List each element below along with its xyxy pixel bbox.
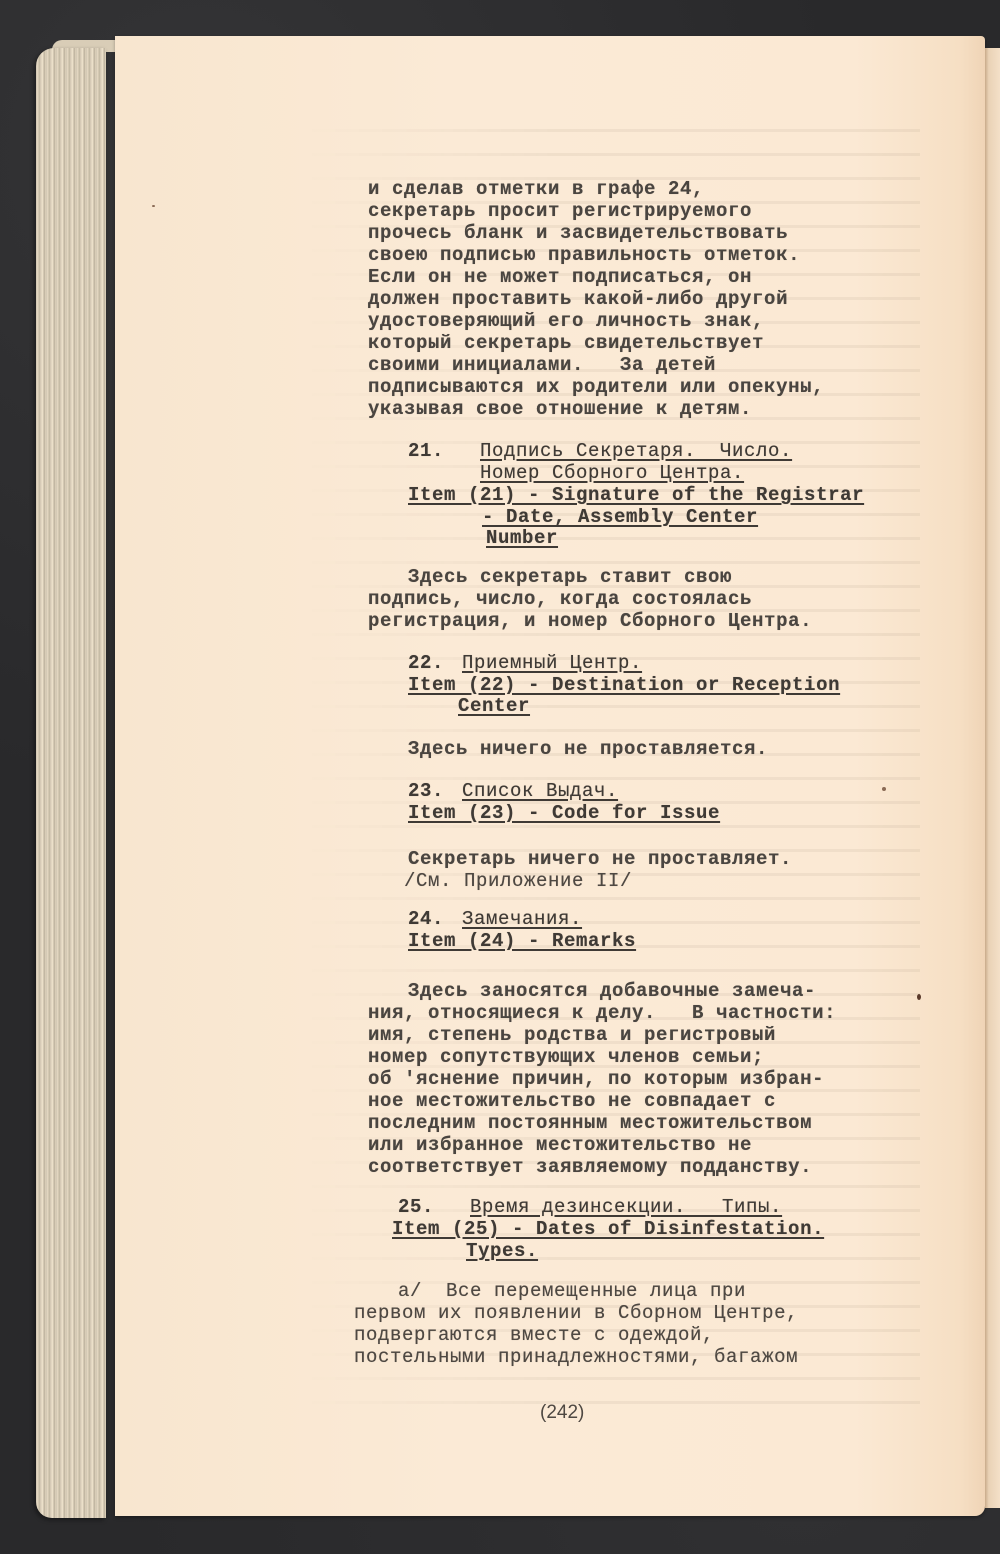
- intro-line: своими инициалами. За детей: [368, 354, 716, 376]
- item-24-body-line: об 'яснение причин, по которым избран-: [368, 1068, 824, 1090]
- item-21-en-heading: Number: [486, 527, 558, 549]
- item-21-ru-heading: Подпись Секретаря. Число.: [480, 440, 792, 462]
- item-24-body-line: или избранное местожительство не: [368, 1134, 752, 1156]
- item-24-body-line: соответствует заявляемому подданству.: [368, 1156, 812, 1178]
- item-22-en-heading: Item (22) - Destination or Reception: [408, 674, 840, 696]
- item-24-number: 24.: [408, 908, 444, 930]
- item-22-ru-heading: Приемный Центр.: [462, 652, 642, 674]
- item-25-en-heading: Types.: [466, 1240, 538, 1262]
- item-25-body-line: первом их появлении в Сборном Центре,: [354, 1302, 798, 1324]
- item-23-ru-heading: Список Выдач.: [462, 780, 618, 802]
- item-21-body-line: подпись, число, когда состоялась: [368, 588, 752, 610]
- item-23-body-line: /См. Приложение II/: [404, 870, 632, 892]
- item-25-body-line: а/ Все перемещенные лица при: [398, 1280, 746, 1302]
- item-22-en-heading: Center: [458, 695, 530, 717]
- item-25-ru-heading: Время дезинсекции. Типы.: [470, 1196, 782, 1218]
- item-24-body-line: ное местожительство не совпадает с: [368, 1090, 776, 1112]
- item-22-body-line: Здесь ничего не проставляется.: [408, 738, 768, 760]
- item-25-en-heading: Item (25) - Dates of Disinfestation.: [392, 1218, 824, 1240]
- item-24-ru-heading: Замечания.: [462, 908, 582, 930]
- item-21-body-line: регистрация, и номер Сборного Центра.: [368, 610, 812, 632]
- item-23-en-heading: Item (23) - Code for Issue: [408, 802, 720, 824]
- item-21-body-line: Здесь секретарь ставит свою: [408, 566, 732, 588]
- intro-line: удостоверяющий его личность знак,: [368, 310, 764, 332]
- item-25-number: 25.: [398, 1196, 434, 1218]
- item-23-body-line: Секретарь ничего не проставляет.: [408, 848, 792, 870]
- typewritten-text: и сделав отметки в графе 24, секретарь п…: [0, 0, 1000, 1554]
- intro-line: прочесь бланк и засвидетельствовать: [368, 222, 788, 244]
- item-24-body-line: Здесь заносятся добавочные замеча-: [408, 980, 816, 1002]
- item-24-body-line: последним постоянным местожительством: [368, 1112, 812, 1134]
- intro-line: своею подписью правильность отметок.: [368, 244, 800, 266]
- page-number: (242): [540, 1402, 584, 1424]
- item-21-en-heading: - Date, Assembly Center: [482, 506, 758, 528]
- item-24-en-heading: Item (24) - Remarks: [408, 930, 636, 952]
- item-24-body-line: имя, степень родства и регистровый: [368, 1024, 776, 1046]
- intro-line: указывая свое отношение к детям.: [368, 398, 752, 420]
- intro-line: и сделав отметки в графе 24,: [368, 178, 704, 200]
- intro-line: Если он не может подписаться, он: [368, 266, 752, 288]
- item-24-body-line: номер сопутствующих членов семьи;: [368, 1046, 764, 1068]
- item-21-en-heading: Item (21) - Signature of the Registrar: [408, 484, 864, 506]
- intro-line: должен проставить какой-либо другой: [368, 288, 788, 310]
- item-21-number: 21.: [408, 440, 444, 462]
- intro-line: секретарь просит регистрируемого: [368, 200, 752, 222]
- item-22-number: 22.: [408, 652, 444, 674]
- item-24-body-line: ния, относящиеся к делу. В частности:: [368, 1002, 836, 1024]
- item-25-body-line: постельными принадлежностями, багажом: [354, 1346, 798, 1368]
- item-21-ru-heading: Номер Сборного Центра.: [480, 462, 744, 484]
- intro-line: который секретарь свидетельствует: [368, 332, 764, 354]
- intro-line: подписываются их родители или опекуны,: [368, 376, 824, 398]
- item-25-body-line: подвергаются вместе с одеждой,: [354, 1324, 714, 1346]
- item-23-number: 23.: [408, 780, 444, 802]
